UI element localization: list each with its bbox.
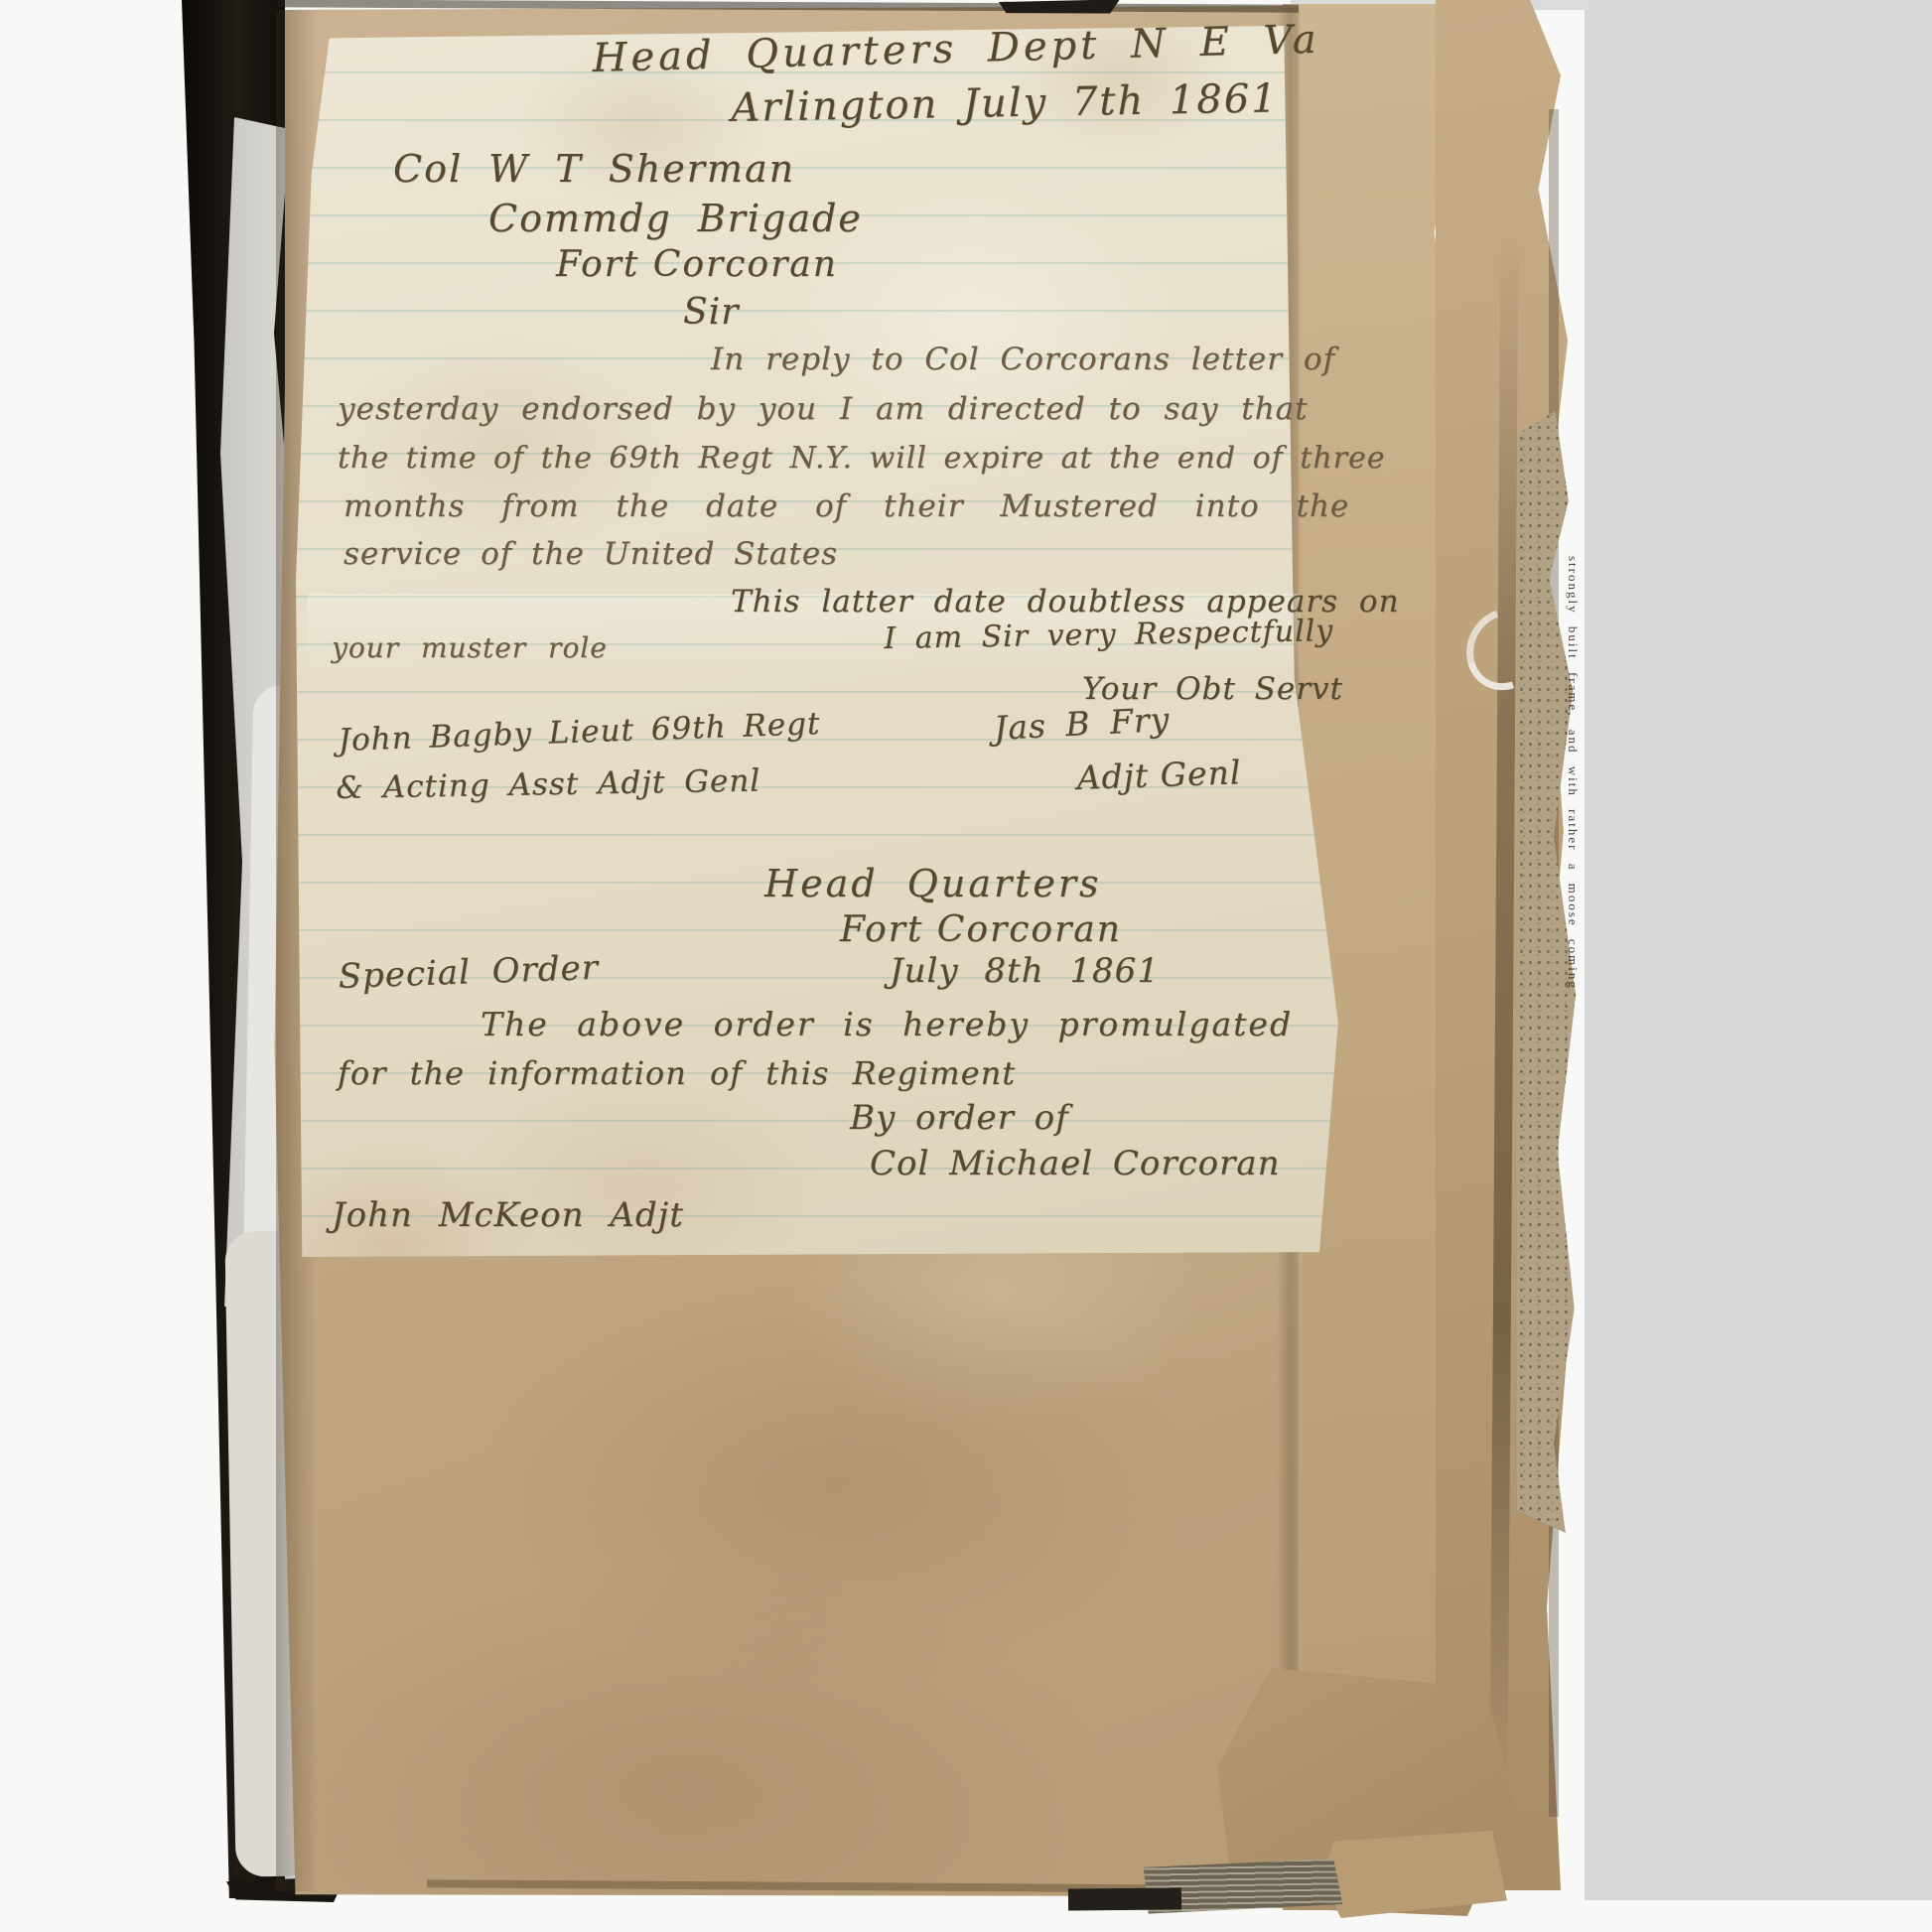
- order-body-line: The above order is hereby promulgated: [481, 1005, 1293, 1043]
- scrapbook-scan: strongly built frame, and with rather a …: [0, 0, 1932, 1932]
- order-place: Fort Corcoran: [840, 909, 1122, 950]
- body-line: the time of the 69th Regt N.Y. will expi…: [338, 441, 1386, 476]
- order-heading: Head Quarters: [764, 862, 1102, 905]
- countersignature-title: & Acting Asst Adjt Genl: [336, 763, 760, 806]
- addressee-title: Commdg Brigade: [488, 197, 863, 240]
- order-dateline: July 8th 1861: [890, 951, 1160, 991]
- body-line: months from the date of their Mustered i…: [344, 488, 1349, 524]
- addressee-name: Col W T Sherman: [393, 147, 795, 191]
- torn-fragment: [1322, 1831, 1507, 1918]
- signature-title: Adjt Genl: [1076, 753, 1242, 797]
- body-line: yesterday endorsed by you I am directed …: [338, 391, 1309, 427]
- signature-john-mckeon: John McKeon Adjt: [332, 1195, 684, 1235]
- newsprint-vertical-text: strongly built frame, and with rather a …: [1561, 556, 1581, 1430]
- signature-col-corcoran: Col Michael Corcoran: [870, 1144, 1281, 1183]
- addressee-post: Fort Corcoran: [556, 244, 838, 285]
- book-edge-top: [999, 0, 1120, 15]
- book-edge-bottom: [1068, 1888, 1181, 1911]
- body-line: your muster role: [332, 631, 608, 664]
- body-line: In reply to Col Corcorans letter of: [711, 342, 1335, 377]
- salutation: Sir: [683, 292, 739, 333]
- letter-dateline: Arlington July 7th 1861: [731, 75, 1279, 131]
- scanner-background: [1585, 0, 1932, 1900]
- order-body-line: for the information of this Regiment: [338, 1054, 1016, 1092]
- order-by-order: By order of: [850, 1098, 1069, 1138]
- body-line: service of the United States: [344, 536, 838, 572]
